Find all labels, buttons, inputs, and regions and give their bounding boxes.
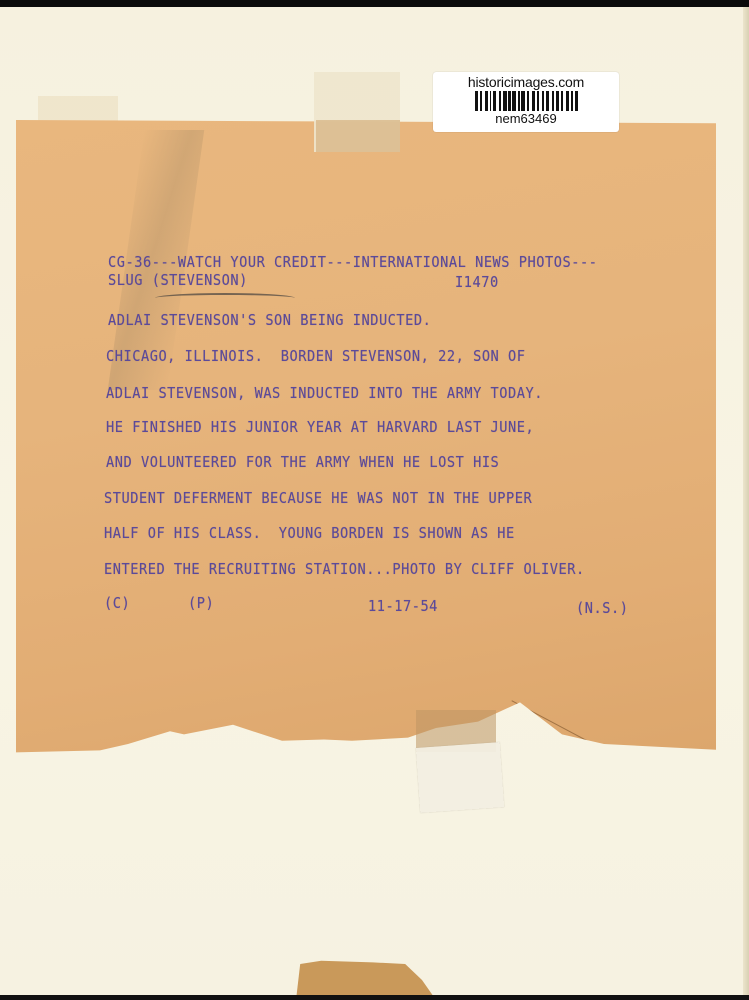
caption-footer-date: 11-17-54: [368, 597, 438, 615]
caption-footer-c: (C): [104, 594, 130, 612]
caption-footer-ns: (N.S.): [576, 599, 628, 617]
photo-edge-right: [743, 7, 749, 995]
barcode-label: historicimages.com nem63469: [433, 72, 619, 132]
scan-border-bottom: [0, 995, 749, 1000]
caption-slug-number: I1470: [455, 273, 499, 291]
pencil-underline: [155, 293, 295, 303]
caption-body-line: ADLAI STEVENSON, WAS INDUCTED INTO THE A…: [106, 384, 543, 402]
tape-top-on-paper: [316, 120, 400, 152]
tape-bottom: [416, 742, 504, 813]
scan-border-top: [0, 0, 749, 7]
caption-body-line: HALF OF HIS CLASS. YOUNG BORDEN IS SHOWN…: [104, 524, 515, 542]
caption-body-line: STUDENT DEFERMENT BECAUSE HE WAS NOT IN …: [104, 489, 532, 507]
caption-body-line: ENTERED THE RECRUITING STATION...PHOTO B…: [104, 560, 585, 578]
barcode-icon: [464, 91, 588, 111]
caption-footer-p: (P): [188, 594, 214, 612]
caption-paper: [16, 120, 716, 760]
caption-body-line: AND VOLUNTEERED FOR THE ARMY WHEN HE LOS…: [106, 453, 499, 471]
caption-body-line: HE FINISHED HIS JUNIOR YEAR AT HARVARD L…: [106, 418, 534, 436]
caption-body-line: CHICAGO, ILLINOIS. BORDEN STEVENSON, 22,…: [106, 347, 526, 365]
label-site: historicimages.com: [433, 74, 619, 90]
caption-slug-line: SLUG (STEVENSON): [108, 271, 248, 289]
caption-header-line: CG-36---WATCH YOUR CREDIT---INTERNATIONA…: [108, 253, 597, 271]
caption-headline: ADLAI STEVENSON'S SON BEING INDUCTED.: [108, 311, 431, 329]
label-code: nem63469: [433, 111, 619, 126]
